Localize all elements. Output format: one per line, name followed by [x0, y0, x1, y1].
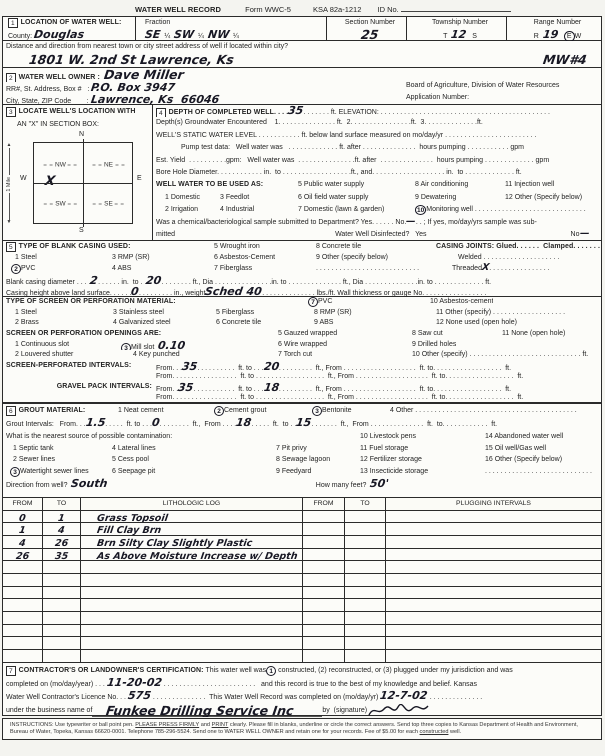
- cert-text: Water Well Contractor's Licence No. . .: [6, 694, 126, 701]
- scanned-water-well-record: { "title": {"main":"WATER WELL RECORD","…: [0, 0, 605, 756]
- certification-section: 7CONTRACTOR'S OR LANDOWNER'S CERTIFICATI…: [3, 663, 601, 717]
- signature-scribble: [367, 704, 431, 717]
- plug-from-cell: [303, 511, 345, 523]
- bentonite-circled-3: 3: [312, 406, 322, 416]
- location-row: 1LOCATION OF WATER WELL: County: Douglas…: [3, 17, 601, 41]
- plug-from-cell: [303, 612, 345, 624]
- grout-intervals-row: Grout Intervals: From. . .1.5. . . . . f…: [3, 417, 601, 431]
- header-from: FROM: [3, 498, 43, 510]
- grout-option: 1 Neat cement: [118, 404, 214, 417]
- range-east-circled: E: [564, 31, 575, 41]
- contamination-row-3: 3Watertight sewer lines6 Seepage pit9 Fe…: [3, 466, 601, 478]
- log-from-cell: [3, 650, 43, 662]
- section-square: NW NE SW SE X: [33, 142, 133, 224]
- mile-label: 1 Mile: [6, 175, 12, 194]
- section-2-number: 2: [6, 73, 16, 82]
- section-box-subheading: AN "X" IN SECTION BOX:: [3, 119, 152, 131]
- chem-question: Was a chemical/bacteriological sample su…: [156, 219, 406, 226]
- height-label: Casing height above land surface. . . . …: [6, 290, 131, 297]
- grout-from-2: 18: [235, 417, 252, 428]
- depth-label: DEPTH OF COMPLETED WELL. . . .: [169, 109, 289, 116]
- plug-interval-cell: [386, 536, 601, 548]
- owner-heading: WATER WELL OWNER :: [19, 74, 100, 81]
- casing-height-value: 0: [131, 286, 140, 297]
- quarter-glyph: ¼: [233, 33, 239, 40]
- contamination-option: 15 Oil well/Gas well: [485, 443, 546, 455]
- casing-depth-value: 20: [146, 275, 163, 286]
- casing-row-1: 1 Steel3 RMP (SR)6 Asbestos-Cement9 Othe…: [3, 252, 601, 263]
- grout-intervals-label: Grout Intervals: From. . .: [6, 421, 86, 428]
- locate-and-well-data: 3LOCATE WELL'S LOCATION WITH AN "X" IN S…: [3, 105, 601, 241]
- gravel-intervals-row: GRAVEL PACK INTERVALS:From. .35. . . . .…: [3, 382, 601, 393]
- section-box-diagram: N S W E ▲ 1 Mile ▼ NW NE SW SE X: [3, 131, 152, 239]
- screen-row-1: 1 Steel3 Stainless steel5 Fiberglass8 RM…: [3, 308, 601, 319]
- scale-line: [9, 193, 10, 220]
- plug-to-cell: [345, 523, 386, 535]
- weight-label: . . . . . . . . . in., weight: [139, 290, 206, 297]
- openings-row-1: 1 Continuous slot3Mill slot 0.106 Wire w…: [3, 340, 601, 351]
- use-heading: WELL WATER TO BE USED AS:: [156, 179, 298, 191]
- plug-to-cell: [345, 587, 386, 599]
- log-to-cell: 4: [43, 523, 81, 535]
- threaded-x-mark: X: [481, 263, 490, 273]
- threaded-option: ThreadedX. . . . . . . . . . . . . . . .: [452, 263, 550, 274]
- range-w: W: [575, 33, 582, 40]
- contamination-dotted-blank: . . . . . . . . . . . . . . . . . . . . …: [485, 466, 592, 478]
- est-yield-line: Est. Yield . . . . . . . . . .gpm: Well …: [153, 155, 601, 167]
- screen-intervals-row: SCREEN-PERFORATED INTERVALS:From. . .35.…: [3, 361, 601, 372]
- section-3-number: 3: [6, 107, 16, 117]
- quadrant-se: SE: [91, 200, 126, 207]
- log-to-cell: [43, 650, 81, 662]
- log-from-cell: [3, 587, 43, 599]
- log-description-cell: As Above Moisture Increase w/ Depth: [81, 549, 303, 561]
- plug-interval-cell: [386, 511, 601, 523]
- contamination-heading: What is the nearest source of possible c…: [6, 431, 360, 443]
- section-box-cell: 3LOCATE WELL'S LOCATION WITH AN "X" IN S…: [3, 105, 153, 240]
- county-label: County:: [8, 33, 32, 40]
- section-number-value: 25: [360, 29, 379, 41]
- lithologic-table-row: 2635As Above Moisture Increase w/ Depth: [3, 549, 601, 562]
- log-description-cell: [81, 625, 303, 637]
- log-from-cell: [3, 637, 43, 649]
- casing-option: 7 Fiberglass: [214, 263, 316, 274]
- lithologic-table-body: 01Grass Topsoil14Fill Clay Brn426Brn Sil…: [3, 511, 601, 663]
- application-number-label: Application Number:: [403, 92, 601, 104]
- use-row-1: WELL WATER TO BE USED AS:5 Public water …: [153, 179, 601, 191]
- use-option: 6 Oil field water supply: [298, 192, 415, 204]
- log-to-cell: [43, 561, 81, 573]
- quadrant-ne: NE: [91, 161, 126, 168]
- use-row-3: 2 Irrigation4 Industrial7 Domestic (lawn…: [153, 204, 601, 216]
- gravel-to-value: 18: [263, 382, 280, 393]
- lithologic-table-row: [3, 561, 601, 574]
- log-to-cell: [43, 625, 81, 637]
- section-number-label: Section Number: [331, 18, 406, 29]
- disinfected-line: mittedWater Well Disinfected? YesNo—: [153, 229, 601, 240]
- threaded-label: Threaded: [452, 265, 482, 272]
- owner-right: Board of Agriculture, Division of Water …: [403, 68, 601, 104]
- contamination-option: 2 Sewer lines: [13, 454, 112, 466]
- screen-pvc-option: PVC: [318, 298, 332, 305]
- intervals-section: SCREEN-PERFORATED INTERVALS:From. . .35.…: [3, 361, 601, 403]
- instructions-text: well.: [450, 729, 461, 735]
- contamination-option: 1 Septic tank: [13, 443, 112, 455]
- grout-heading: GROUT MATERIAL:: [19, 407, 86, 414]
- feet-label: How many feet?: [316, 482, 367, 489]
- openings-option: 2 Louvered shutter: [15, 350, 121, 361]
- section-number-cell: Section Number 25: [327, 17, 407, 40]
- casing-option: 9 Other (specify below): [316, 252, 458, 263]
- screen-option: 8 RMP (SR): [314, 308, 436, 319]
- log-to-cell: [43, 599, 81, 611]
- log-from-cell: 26: [3, 549, 43, 561]
- height-rest: . . . . . . . . . . . . . . lbs./ft. Wal…: [262, 290, 486, 297]
- direction-value: South: [71, 478, 109, 489]
- distance-question: Distance and direction from nearest town…: [3, 41, 601, 52]
- contamination-option: 16 Other (Specify below): [485, 454, 562, 466]
- screen-option: 6 Concrete tile: [216, 318, 314, 329]
- lithologic-table-row: [3, 650, 601, 663]
- location-cell: 1LOCATION OF WATER WELL: County: Douglas: [3, 17, 136, 40]
- contamination-option: 10 Livestock pens: [360, 431, 485, 443]
- log-description-cell: [81, 587, 303, 599]
- grout-from-1: 1.5: [85, 417, 106, 428]
- mill-slot-circled-3: 3: [121, 343, 131, 351]
- screen-row-2: 2 Brass4 Galvanized steel6 Concrete tile…: [3, 318, 601, 329]
- screen-option: 4 Galvanized steel: [113, 318, 216, 329]
- one-mile-scale: ▲ 1 Mile ▼: [6, 143, 12, 225]
- plug-to-cell: [345, 536, 386, 548]
- log-from-cell: [3, 599, 43, 611]
- owner-row: 2WATER WELL OWNER : Dave Miller RR#, St.…: [3, 68, 601, 105]
- log-from-cell: [3, 574, 43, 586]
- openings-option: 5 Gauzed wrapped: [278, 329, 412, 340]
- form-body: 1LOCATION OF WATER WELL: County: Douglas…: [2, 16, 602, 716]
- welded-option: Welded . . . . . . . . . . . . . . . . .…: [458, 252, 559, 263]
- groundwater-line: Depth(s) Groundwater Encountered 1. . . …: [153, 117, 601, 129]
- fraction-2-value: SW: [173, 29, 195, 40]
- dots: . . . . . . . . ft., From . . . .: [160, 421, 237, 428]
- id-number-line: [401, 4, 511, 12]
- plug-to-cell: [345, 599, 386, 611]
- lithologic-table-row: 01Grass Topsoil: [3, 511, 601, 524]
- casing-option: 4 ABS: [112, 263, 214, 274]
- quadrant-nw-label: NW: [55, 161, 66, 168]
- use-option: 4 Industrial: [220, 204, 298, 216]
- feet-value: 50': [369, 478, 389, 489]
- cert-text: This water well was: [205, 667, 266, 674]
- lithologic-table-row: [3, 637, 601, 650]
- casing-joints-label: CASING JOINTS: Glued. . . . . . Clamped.…: [436, 241, 600, 252]
- mill-slot-option: Mill slot: [131, 344, 154, 351]
- log-from-cell: [3, 625, 43, 637]
- business-name-value: Funkee Drilling Service Inc: [106, 705, 295, 717]
- log-description-cell: [81, 637, 303, 649]
- casing-section: 5TYPE OF BLANK CASING USED:5 Wrought iro…: [3, 241, 601, 297]
- plug-from-cell: [303, 599, 345, 611]
- contamination-option: 4 Lateral lines: [112, 443, 276, 455]
- plug-to-cell: [345, 625, 386, 637]
- pump-test-line: Pump test data: Well water was . . . . .…: [153, 142, 601, 154]
- cert-text: . . . . . . . . . . . . . . This Water W…: [153, 694, 379, 701]
- contamination-option: 13 Insecticide storage: [360, 466, 485, 478]
- log-description-cell: Fill Clay Brn: [81, 523, 303, 535]
- address-value: 1801 W. 2nd St Lawrence, Ks: [28, 54, 235, 67]
- pvc-option: PVC: [21, 265, 35, 272]
- plug-interval-cell: [386, 587, 601, 599]
- plug-from-cell: [303, 549, 345, 561]
- owner-name-value: Dave Miller: [103, 69, 184, 82]
- log-description-cell: [81, 612, 303, 624]
- business-name-line: Funkee Drilling Service Inc: [92, 705, 322, 717]
- chem-no-mark: —: [406, 217, 417, 227]
- use-option: 12 Other (Specify below): [505, 192, 582, 204]
- screen-option: 9 ABS: [314, 318, 436, 329]
- casing-row-2: 2PVC4 ABS7 Fiberglass. . . . . . . . . .…: [3, 263, 601, 274]
- plug-interval-cell: [386, 549, 601, 561]
- openings-heading-row: SCREEN OR PERFORATION OPENINGS ARE:5 Gau…: [3, 329, 601, 340]
- elevation-label: . . . . . . . ft. ELEVATION: . . . . . .…: [304, 109, 550, 116]
- openings-heading: SCREEN OR PERFORATION OPENINGS ARE:: [6, 329, 278, 340]
- township-value: 12: [450, 29, 467, 40]
- constructed-circled-1: 1: [266, 666, 276, 676]
- contamination-option: 7 Pit privy: [276, 443, 360, 455]
- monitoring-well-circled-10: 10: [415, 205, 426, 215]
- township-t: T: [443, 33, 447, 40]
- casing-heading: TYPE OF BLANK CASING USED:: [19, 243, 131, 250]
- to-label: . . . . . . . . . . . ft. to . . .: [193, 386, 263, 393]
- location-heading: LOCATION OF WATER WELL:: [21, 19, 122, 26]
- chem-question-end: mitted: [156, 229, 175, 240]
- fraction-1-value: SE: [144, 29, 161, 40]
- id-no-label: ID No.: [378, 5, 399, 14]
- blank-interval-line: From. . . . . . . . . . . . . . . . . ft…: [156, 373, 523, 380]
- fraction-cell: Fraction SE ¼ SW ¼ NW ¼: [136, 17, 327, 40]
- screen-option: 3 Stainless steel: [113, 308, 216, 319]
- watertight-sewer-circled-3: 3: [10, 467, 20, 477]
- signature-label: by (signature): [322, 704, 367, 717]
- cert-text: completed on (mo/day/year) . . .: [6, 681, 105, 688]
- plug-from-cell: [303, 536, 345, 548]
- scale-line: [9, 148, 10, 175]
- range-label: Range Number: [511, 18, 601, 29]
- lithologic-table-row: [3, 625, 601, 638]
- direction-label: Direction from well?: [6, 482, 67, 489]
- contamination-option: 5 Cess pool: [112, 454, 276, 466]
- lithologic-table-row: 426Brn Silty Clay Slightly Plastic: [3, 536, 601, 549]
- plug-interval-cell: [386, 650, 601, 662]
- instructions-block: INSTRUCTIONS: Use typewriter or ball poi…: [2, 718, 602, 740]
- certification-heading: CONTRACTOR'S OR LANDOWNER'S CERTIFICATIO…: [19, 667, 204, 674]
- contamination-option: 12 Fertilizer storage: [360, 454, 485, 466]
- header-to-2: TO: [345, 498, 386, 510]
- address-row: Distance and direction from nearest town…: [3, 41, 601, 68]
- quadrant-sw-label: SW: [55, 200, 65, 207]
- lithologic-table-row: [3, 599, 601, 612]
- plug-interval-cell: [386, 599, 601, 611]
- casing-option: 3 RMP (SR): [112, 252, 214, 263]
- screen-option: 10 Asbestos-cement: [430, 297, 493, 308]
- owner-address-value: P.O. Box 3947: [90, 82, 176, 93]
- plug-to-cell: [345, 561, 386, 573]
- use-option: 11 Injection well: [505, 179, 554, 191]
- range-r: R: [534, 33, 539, 40]
- lithologic-table-header: FROM TO LITHOLOGIC LOG FROM TO PLUGGING …: [3, 498, 601, 511]
- compass-w: W: [20, 175, 27, 182]
- grout-option: Bentonite: [322, 407, 352, 414]
- plug-interval-cell: [386, 561, 601, 573]
- owner-address-label: RR#, St. Address, Box # :: [6, 86, 89, 93]
- screen-section: TYPE OF SCREEN OR PERFORATION MATERIAL:7…: [3, 297, 601, 361]
- use-option: 7 Domestic (lawn & garden): [298, 204, 415, 216]
- use-option: 3 Feedlot: [220, 192, 298, 204]
- plug-to-cell: [345, 637, 386, 649]
- quarter-glyph: ¼: [164, 33, 170, 40]
- fraction-label: Fraction: [142, 18, 326, 29]
- plug-interval-cell: [386, 612, 601, 624]
- casing-diameter-line: Blank casing diameter . . . .2. . . . . …: [3, 275, 601, 286]
- plug-to-cell: [345, 511, 386, 523]
- dia-label: Blank casing diameter . . . .: [6, 279, 90, 286]
- township-s: S: [472, 33, 477, 40]
- statute-ref: KSA 82a-1212: [313, 5, 361, 14]
- openings-option: 7 Torch cut: [278, 350, 412, 361]
- log-to-cell: 1: [43, 511, 81, 523]
- openings-option: 6 Wire wrapped: [278, 340, 412, 351]
- from-label: From. . .: [156, 365, 182, 372]
- openings-option: 9 Drilled holes: [412, 340, 456, 351]
- dia-mid: . . . . . . in. to . .: [98, 279, 146, 286]
- header-plugging-intervals: PLUGGING INTERVALS: [386, 498, 601, 510]
- log-to-cell: 35: [43, 549, 81, 561]
- gravel-from-value: 35: [177, 382, 194, 393]
- section-5-number: 5: [6, 242, 16, 252]
- plug-interval-cell: [386, 625, 601, 637]
- township-cell: Township Number T 12 S: [407, 17, 507, 40]
- use-option: 2 Irrigation: [165, 204, 220, 216]
- plug-from-cell: [303, 523, 345, 535]
- plug-to-cell: [345, 612, 386, 624]
- openings-option: 8 Saw cut: [412, 329, 502, 340]
- form-title: WATER WELL RECORD: [135, 5, 221, 14]
- section-7-number: 7: [6, 666, 16, 676]
- completed-date-value: 11-20-02: [106, 677, 163, 688]
- arrow-down-icon: ▼: [7, 220, 12, 225]
- to-label: . . . . . . . . . . ft. to . . .: [197, 365, 263, 372]
- screen-intervals-blank-row: From. . . . . . . . . . . . . . . . . ft…: [3, 372, 601, 383]
- log-to-cell: 26: [43, 536, 81, 548]
- screen-option: 1 Steel: [15, 308, 113, 319]
- plug-from-cell: [303, 561, 345, 573]
- log-to-cell: [43, 612, 81, 624]
- grout-option: Cement grout: [224, 407, 266, 414]
- dots: . . . . . . . ft., From . . . . . . . . …: [312, 421, 498, 428]
- header-lithologic-log: LITHOLOGIC LOG: [81, 498, 303, 510]
- plug-to-cell: [345, 650, 386, 662]
- section-1-number: 1: [8, 18, 18, 28]
- plug-interval-cell: [386, 574, 601, 586]
- lithologic-table-row: [3, 587, 601, 600]
- cert-text: . . . . . . . . . . . . . . . . . . . . …: [164, 681, 477, 688]
- rest-label: . . . . . . . . . ft., From . . . . . . …: [279, 365, 511, 372]
- quadrant-ne-label: NE: [104, 161, 113, 168]
- disinfected-no-mark: —: [579, 229, 590, 239]
- township-label: Township Number: [411, 18, 506, 29]
- dia-rest: . . . . . . . . ft., Dia . . . . . . . .…: [162, 279, 491, 286]
- log-from-cell: [3, 561, 43, 573]
- fraction-3-value: NW: [207, 29, 230, 40]
- instructions-text: INSTRUCTIONS: Use typewriter or ball poi…: [10, 722, 134, 728]
- use-option: 8 Air conditioning: [415, 179, 505, 191]
- section-4-number: 4: [156, 108, 166, 117]
- casing-weight-value: Sched 40: [205, 286, 263, 297]
- grout-to-2: 15: [295, 417, 312, 428]
- casing-option: 5 Wrought iron: [214, 241, 316, 252]
- plug-from-cell: [303, 574, 345, 586]
- quarter-glyph: ¼: [198, 33, 204, 40]
- agency-name: Board of Agriculture, Division of Water …: [403, 80, 601, 92]
- casing-height-line: Casing height above land surface. . . . …: [3, 286, 601, 297]
- log-to-cell: [43, 574, 81, 586]
- plug-from-cell: [303, 637, 345, 649]
- well-location-x-mark: X: [44, 175, 56, 188]
- dots: . . . . . ft. to . .: [252, 421, 297, 428]
- section-6-number: 6: [6, 406, 16, 416]
- disinfected-no: No—: [571, 229, 589, 240]
- log-description-cell: [81, 650, 303, 662]
- grout-to-1: 0: [151, 417, 160, 428]
- log-to-cell: [43, 637, 81, 649]
- quadrant-nw: NW: [42, 161, 79, 168]
- casing-dotted-blank: . . . . . . . . . . . . . . . . . . . . …: [316, 263, 452, 274]
- bore-hole-line: Bore Hole Diameter. . . . . . . . . . . …: [153, 167, 601, 179]
- address-line: 1801 W. 2nd St Lawrence, Ks MW#4: [3, 52, 601, 68]
- contamination-option: 9 Feedyard: [276, 466, 360, 478]
- casing-option: 8 Concrete tile: [316, 241, 436, 252]
- contamination-heading-row: What is the nearest source of possible c…: [3, 431, 601, 443]
- record-date-value: 12-7-02: [380, 690, 429, 701]
- rest-label: . . . . . . . . . ft., From . . . . . . …: [279, 386, 511, 393]
- lithologic-table-row: [3, 574, 601, 587]
- range-value: 19: [542, 29, 559, 40]
- contamination-row-2: 2 Sewer lines5 Cess pool8 Sewage lagoon1…: [3, 454, 601, 466]
- screen-option: 5 Fiberglass: [216, 308, 314, 319]
- log-from-cell: 4: [3, 536, 43, 548]
- openings-option: 1 Continuous slot: [15, 340, 121, 351]
- pvc-circled-2: 2: [11, 264, 21, 274]
- lithologic-table-row: [3, 612, 601, 625]
- from-label: From. .: [156, 386, 178, 393]
- well-data-cell: 4DEPTH OF COMPLETED WELL. . . .35. . . .…: [153, 105, 601, 240]
- depth-value: 35: [288, 105, 305, 116]
- instructions-text: and: [201, 722, 210, 728]
- screen-heading-row: TYPE OF SCREEN OR PERFORATION MATERIAL:7…: [3, 297, 601, 308]
- plug-to-cell: [345, 549, 386, 561]
- gravel-intervals-blank-row: From. . . . . . . . . . . . . . . . . ft…: [3, 393, 601, 404]
- plug-to-cell: [345, 574, 386, 586]
- screen-to-value: 20: [263, 361, 280, 372]
- compass-n: N: [79, 131, 84, 138]
- log-to-cell: [43, 587, 81, 599]
- openings-option: 4 Key punched: [121, 350, 278, 361]
- screen-option: 12 None used (open hole): [436, 318, 517, 329]
- range-cell: Range Number R 19 EW: [507, 17, 601, 40]
- owner-city-value: Lawrence, Ks 66046: [90, 94, 220, 105]
- use-row-2: 1 Domestic3 Feedlot6 Oil field water sup…: [153, 192, 601, 204]
- screen-from-value: 35: [181, 361, 198, 372]
- county-value: Douglas: [33, 29, 85, 40]
